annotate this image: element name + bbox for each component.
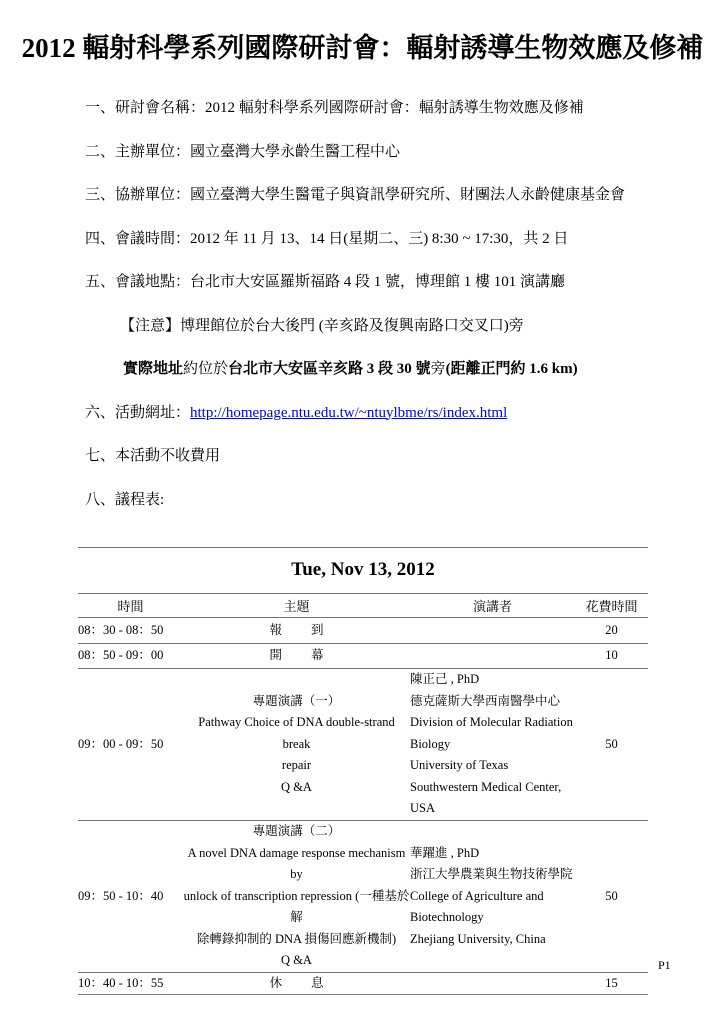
list-item-text: 【注意】博理館位於台大後門 (辛亥路及復興南路口交叉口)旁	[120, 315, 524, 337]
list-item-text: 主辦單位：國立臺灣大學永齡生醫工程中心	[115, 141, 400, 163]
column-header-time: 時間	[78, 594, 183, 618]
duration-cell: 50	[575, 669, 648, 821]
list-item-text: 會議時間：2012 年 11 月 13、14 日(星期二、三) 8:30 ~ 1…	[115, 228, 568, 250]
speaker-line: Biotechnology	[410, 907, 575, 929]
speaker-line: 華躍進 , PhD	[410, 843, 575, 865]
column-header-speaker: 演講者	[410, 594, 575, 618]
text-segment: 【注意】博理館位於台大後門 (辛亥路及復興南路口交叉口)旁	[120, 318, 524, 334]
topic-line: repair	[183, 755, 410, 777]
info-list-item: 實際地址約位於台北市大安區辛亥路 3 段 30 號旁(距離正門約 1.6 km)	[85, 358, 685, 380]
list-item-text: 本活動不收費用	[115, 445, 220, 467]
topic-line: 專題演講（一）	[183, 691, 410, 713]
list-item-number: 七、	[85, 445, 115, 467]
topic-line: 休息	[183, 973, 410, 995]
time-cell: 08：50 - 09：00	[78, 644, 183, 669]
list-item-number: 二、	[85, 141, 115, 163]
speaker-cell	[410, 644, 575, 669]
info-list-item: 八、議程表:	[85, 489, 685, 511]
topic-line: Q &A	[183, 950, 410, 972]
list-item-number: 五、	[85, 271, 115, 293]
column-header-topic: 主題	[183, 594, 410, 618]
topic-cell: 休息	[183, 972, 410, 995]
topic-line: 報到	[183, 620, 410, 642]
schedule-date-heading: Tue, Nov 13, 2012	[78, 548, 648, 593]
speaker-cell: 華躍進 , PhD浙江大學農業與生物技術學院College of Agricul…	[410, 821, 575, 973]
topic-cell: 報到	[183, 618, 410, 644]
info-list: 一、研討會名稱：2012 輻射科學系列國際研討會：輻射誘導生物效應及修補二、主辦…	[85, 97, 685, 532]
topic-line: Pathway Choice of DNA double-strand brea…	[183, 712, 410, 755]
list-item-text: 議程表:	[115, 489, 164, 511]
speaker-cell	[410, 972, 575, 995]
text-segment: 旁	[431, 361, 446, 377]
bold-text-segment: (距離正門約 1.6 km)	[446, 361, 578, 377]
topic-cell: 開幕	[183, 644, 410, 669]
text-segment: 活動網址：	[115, 405, 190, 421]
info-list-item: 六、活動網址：http://homepage.ntu.edu.tw/~ntuyl…	[85, 402, 685, 424]
list-item-text: 活動網址：http://homepage.ntu.edu.tw/~ntuylbm…	[115, 402, 507, 424]
document-title: 2012 輻射科學系列國際研討會：輻射誘導生物效應及修補	[0, 26, 725, 65]
topic-line: Q &A	[183, 777, 410, 799]
speaker-line: Division of Molecular Radiation	[410, 712, 575, 734]
speaker-line: College of Agriculture and	[410, 886, 575, 908]
topic-line: 專題演講（二）	[183, 821, 410, 843]
text-segment: 會議時間：2012 年 11 月 13、14 日(星期二、三) 8:30 ~ 1…	[115, 231, 568, 247]
info-list-item: 七、本活動不收費用	[85, 445, 685, 467]
speaker-line: Zhejiang University, China	[410, 929, 575, 951]
info-list-item: 三、協辦單位：國立臺灣大學生醫電子與資訊學研究所、財團法人永齡健康基金會	[85, 184, 685, 206]
info-list-item: 五、會議地點：台北市大安區羅斯福路 4 段 1 號，博理館 1 樓 101 演講…	[85, 271, 685, 293]
topic-line: unlock of transcription repression (一種基於…	[183, 886, 410, 929]
speaker-line: Biology	[410, 734, 575, 756]
page-number: P1	[658, 958, 671, 973]
table-row: 08：30 - 08：50報到20	[78, 618, 648, 644]
list-item-number: 四、	[85, 228, 115, 250]
schedule-section: Tue, Nov 13, 2012 時間 主題 演講者 花費時間 08：30 -…	[78, 547, 648, 995]
time-cell: 09：50 - 10：40	[78, 821, 183, 973]
speaker-line: 浙江大學農業與生物技術學院	[410, 864, 575, 886]
speaker-cell: 陳正己 , PhD德克薩斯大學西南醫學中心Division of Molecul…	[410, 669, 575, 821]
speaker-line: 德克薩斯大學西南醫學中心	[410, 691, 575, 713]
text-segment: 議程表:	[115, 492, 164, 508]
document-page: 2012 輻射科學系列國際研討會：輻射誘導生物效應及修補 一、研討會名稱：201…	[0, 0, 725, 1024]
topic-line: A novel DNA damage response mechanism by	[183, 843, 410, 886]
text-segment: 會議地點：台北市大安區羅斯福路 4 段 1 號，博理館 1 樓 101 演講廳	[115, 274, 565, 290]
time-cell: 10：40 - 10：55	[78, 972, 183, 995]
list-item-number: 六、	[85, 402, 115, 424]
table-row: 08：50 - 09：00開幕10	[78, 644, 648, 669]
time-cell: 09：00 - 09：50	[78, 669, 183, 821]
topic-cell: 專題演講（二）A novel DNA damage response mecha…	[183, 821, 410, 973]
text-segment: 本活動不收費用	[115, 448, 220, 464]
table-row: 10：40 - 10：55休息15	[78, 972, 648, 995]
topic-line: 除轉錄抑制的 DNA 損傷回應新機制)	[183, 929, 410, 951]
topic-line: 開幕	[183, 645, 410, 667]
bold-text-segment: 台北市大安區辛亥路 3 段 30 號	[228, 361, 431, 377]
text-segment: 約位於	[183, 361, 228, 377]
list-item-text: 會議地點：台北市大安區羅斯福路 4 段 1 號，博理館 1 樓 101 演講廳	[115, 271, 565, 293]
list-item-number: 八、	[85, 489, 115, 511]
speaker-line: Southwestern Medical Center,	[410, 777, 575, 799]
bold-text-segment: 實際地址	[123, 361, 183, 377]
list-item-text: 實際地址約位於台北市大安區辛亥路 3 段 30 號旁(距離正門約 1.6 km)	[123, 358, 578, 380]
duration-cell: 15	[575, 972, 648, 995]
schedule-table-body: 08：30 - 08：50報到2008：50 - 09：00開幕1009：00 …	[78, 618, 648, 995]
duration-cell: 10	[575, 644, 648, 669]
schedule-table: 時間 主題 演講者 花費時間 08：30 - 08：50報到2008：50 - …	[78, 593, 648, 995]
topic-cell: 專題演講（一）Pathway Choice of DNA double-stra…	[183, 669, 410, 821]
info-list-item: 【注意】博理館位於台大後門 (辛亥路及復興南路口交叉口)旁	[85, 315, 685, 337]
speaker-cell	[410, 618, 575, 644]
text-segment: 主辦單位：國立臺灣大學永齡生醫工程中心	[115, 144, 400, 160]
duration-cell: 50	[575, 821, 648, 973]
text-segment: 研討會名稱：2012 輻射科學系列國際研討會：輻射誘導生物效應及修補	[115, 100, 584, 116]
table-row: 09：00 - 09：50專題演講（一）Pathway Choice of DN…	[78, 669, 648, 821]
column-header-duration: 花費時間	[575, 594, 648, 618]
list-item-text: 協辦單位：國立臺灣大學生醫電子與資訊學研究所、財團法人永齡健康基金會	[115, 184, 625, 206]
speaker-line: USA	[410, 798, 575, 820]
table-header-row: 時間 主題 演講者 花費時間	[78, 594, 648, 618]
text-segment: 協辦單位：國立臺灣大學生醫電子與資訊學研究所、財團法人永齡健康基金會	[115, 187, 625, 203]
duration-cell: 20	[575, 618, 648, 644]
table-row: 09：50 - 10：40專題演講（二）A novel DNA damage r…	[78, 821, 648, 973]
info-list-item: 四、會議時間：2012 年 11 月 13、14 日(星期二、三) 8:30 ~…	[85, 228, 685, 250]
info-list-item: 二、主辦單位：國立臺灣大學永齡生醫工程中心	[85, 141, 685, 163]
list-item-number: 三、	[85, 184, 115, 206]
speaker-line: University of Texas	[410, 755, 575, 777]
list-item-number: 一、	[85, 97, 115, 119]
info-list-item: 一、研討會名稱：2012 輻射科學系列國際研討會：輻射誘導生物效應及修補	[85, 97, 685, 119]
speaker-line: 陳正己 , PhD	[410, 669, 575, 691]
list-item-text: 研討會名稱：2012 輻射科學系列國際研討會：輻射誘導生物效應及修補	[115, 97, 584, 119]
time-cell: 08：30 - 08：50	[78, 618, 183, 644]
event-url-link[interactable]: http://homepage.ntu.edu.tw/~ntuylbme/rs/…	[190, 405, 507, 421]
